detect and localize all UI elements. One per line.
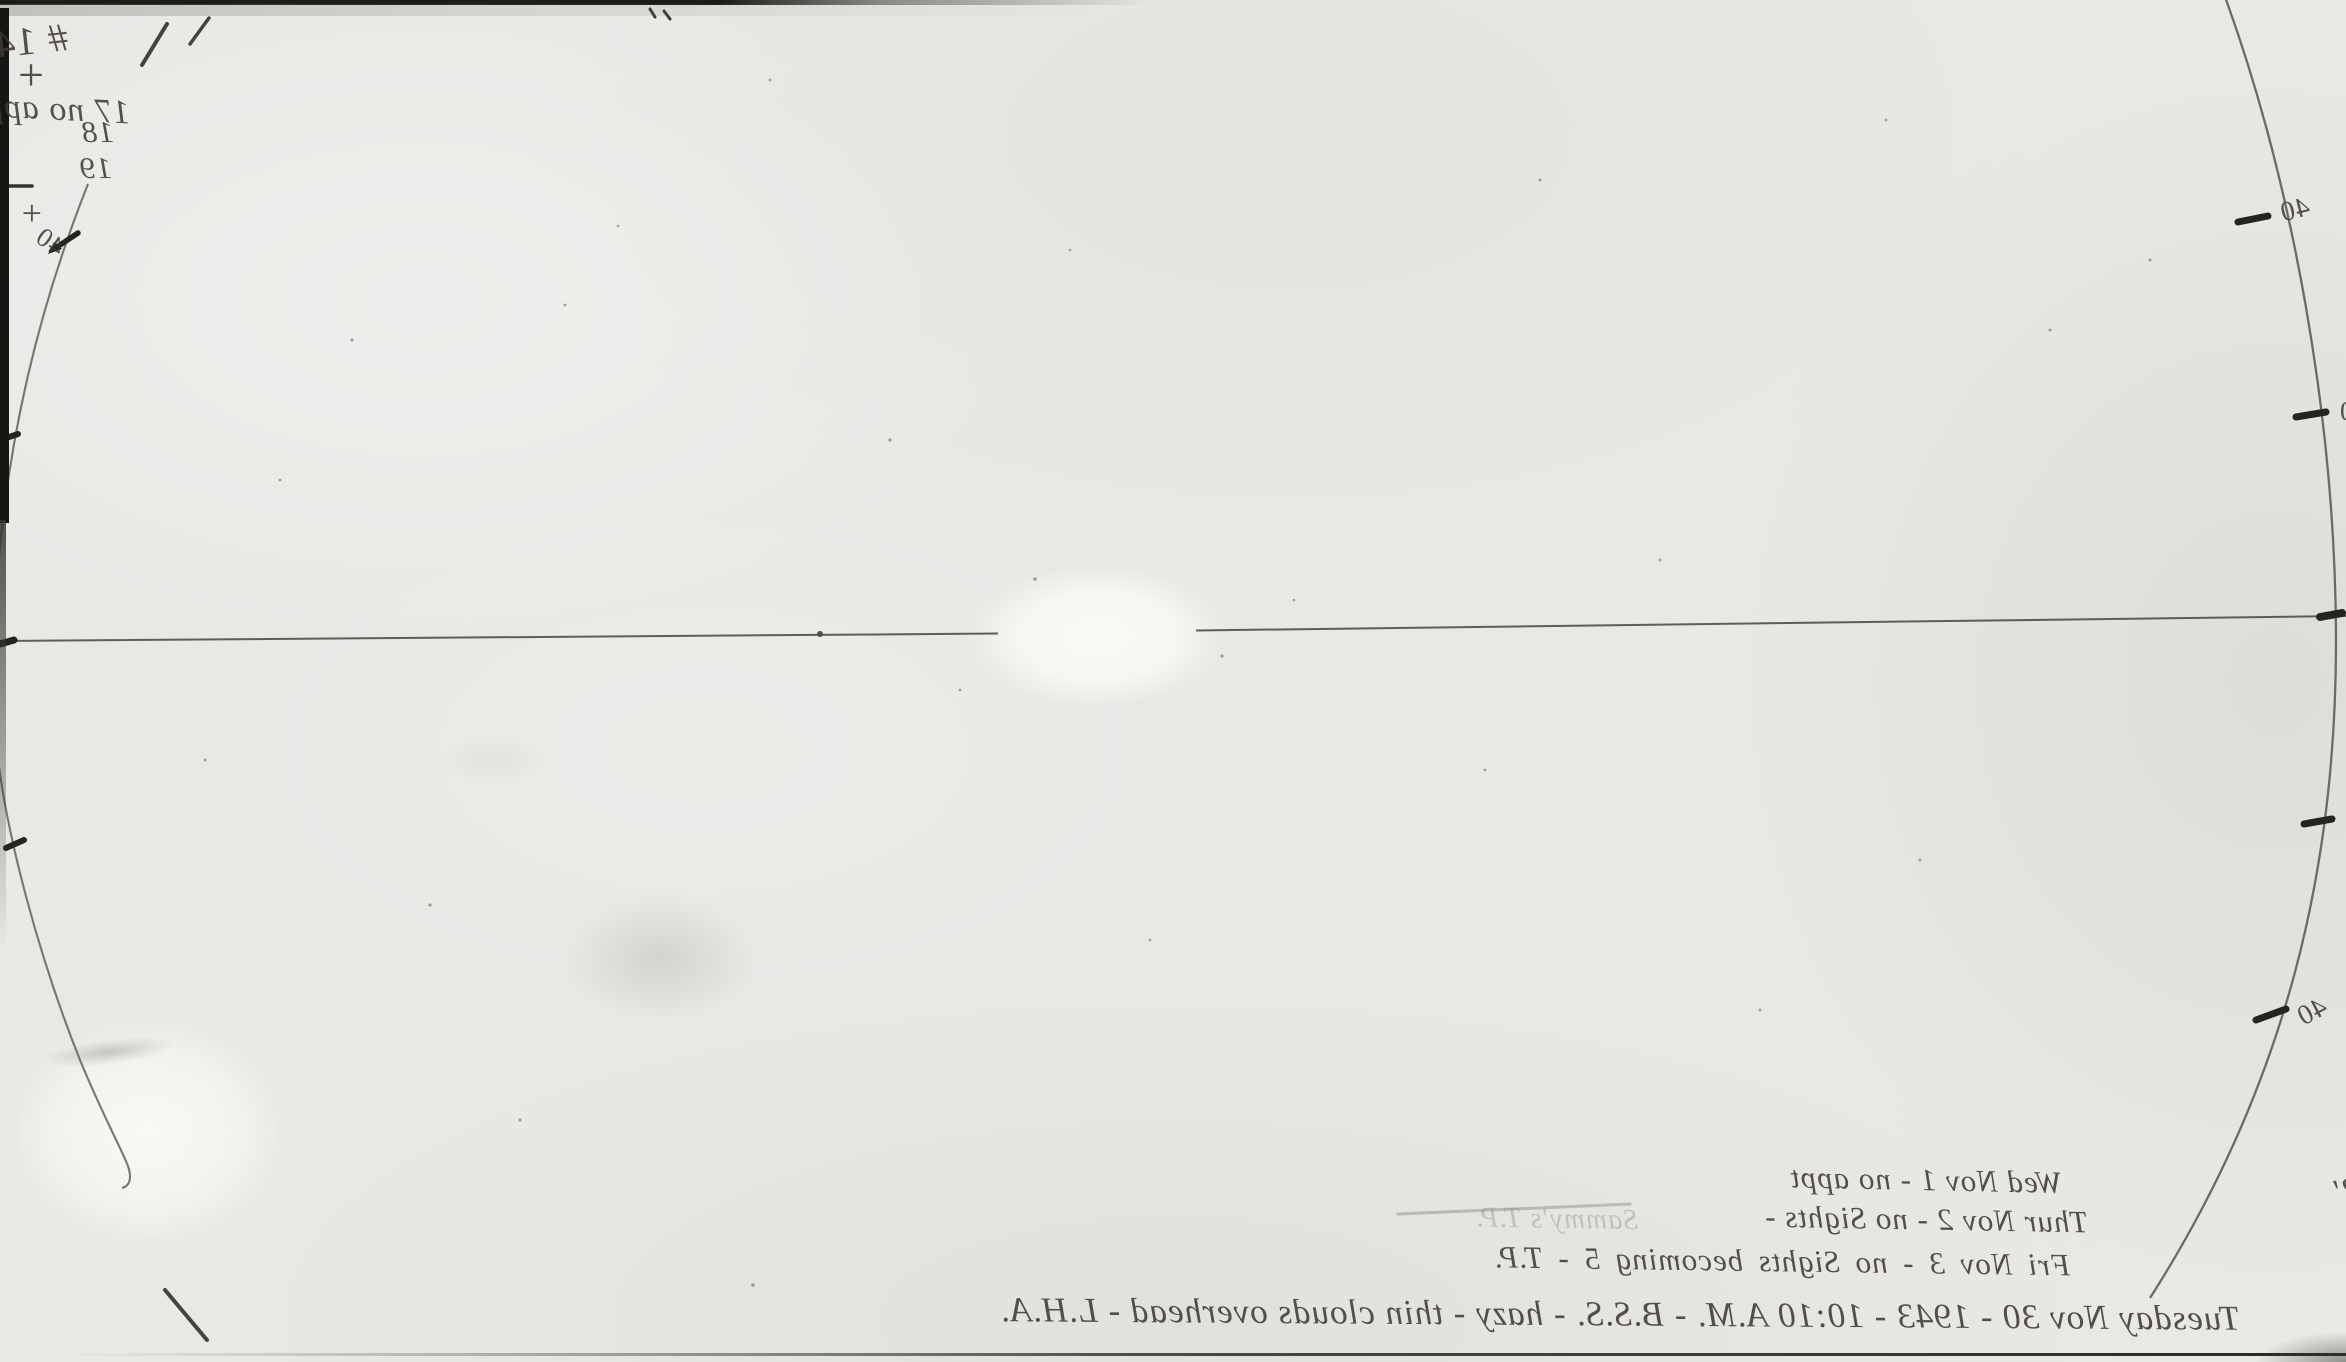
right-limb-arc — [2150, 0, 2336, 1298]
stray-slash-top-2 — [190, 18, 209, 44]
dust-specks — [204, 79, 2152, 1287]
scanned-log-sheet: { "palette": { "paper": "#e9e8e5", "penc… — [0, 0, 2346, 1362]
edge-mark: 2ʹ — [2315, 1171, 2346, 1215]
scan-edge-left-fade — [0, 520, 6, 950]
latitude-label-right-20n: 20 — [2322, 396, 2346, 427]
corner-number-19: 19 — [66, 150, 112, 186]
tick-right-40n — [2238, 216, 2268, 222]
equator-line-left — [0, 634, 998, 642]
scan-edge-top-shadow — [0, 4, 1150, 16]
latitude-label-right-20s: 20 — [2330, 804, 2346, 835]
left-limb-arc-lower — [0, 740, 130, 1188]
stray-slash-top-1 — [142, 24, 167, 65]
tick-left-20s — [6, 840, 24, 848]
log-entry-2-erased-tail: Sammy's T.P. — [1388, 1200, 1639, 1237]
equator-line-right — [1196, 616, 2346, 631]
corner-number-18: 18 — [78, 114, 114, 150]
tick-right-equator — [2320, 613, 2342, 617]
pencil-dot-on-line — [817, 631, 823, 637]
tick-right-20s — [2304, 819, 2332, 824]
scan-edge-bottom — [60, 1353, 2346, 1356]
stray-slash-bottom — [165, 1290, 207, 1340]
plate-drawing — [0, 0, 2346, 1362]
